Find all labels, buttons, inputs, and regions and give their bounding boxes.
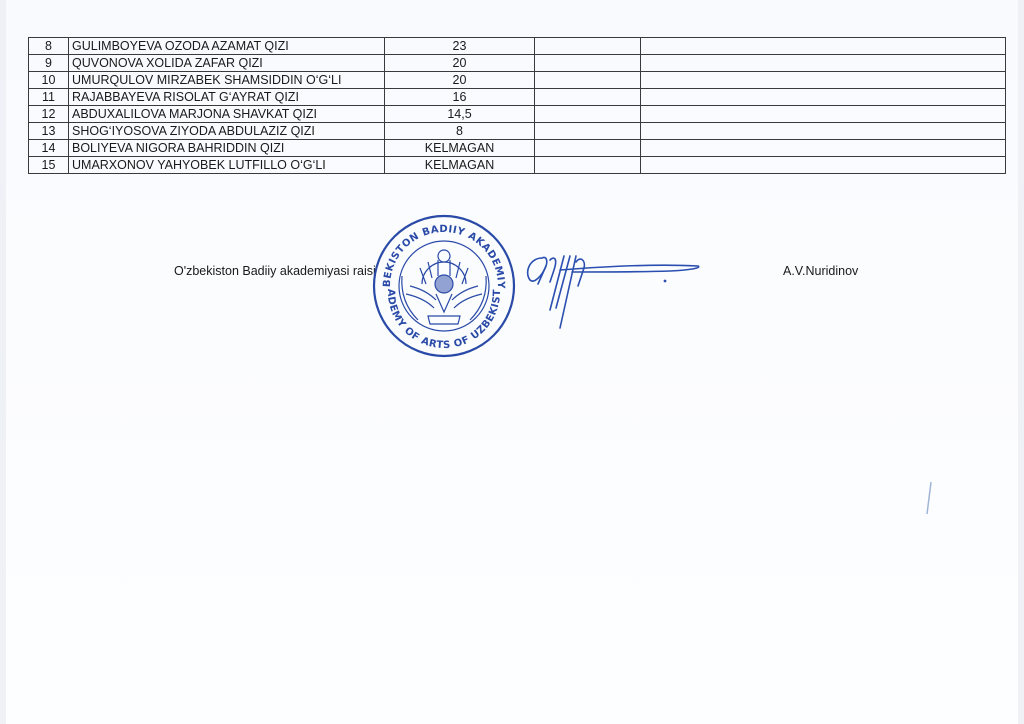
empty-cell <box>535 106 641 123</box>
empty-cell <box>535 38 641 55</box>
table-row: 10UMURQULOV MIRZABEK SHAMSIDDIN O‘G‘LI20 <box>29 72 1006 89</box>
empty-cell <box>535 55 641 72</box>
table-row: 12ABDUXALILOVA MARJONA SHAVKAT QIZI14,5 <box>29 106 1006 123</box>
empty-cell <box>641 123 1006 140</box>
student-name: UMARXONOV YAHYOBEK LUTFILLO O‘G‘LI <box>69 157 385 174</box>
scan-edge-right <box>1018 0 1024 724</box>
empty-cell <box>641 55 1006 72</box>
row-number: 8 <box>29 38 69 55</box>
empty-cell <box>535 140 641 157</box>
student-name: QUVONOVA XOLIDA ZAFAR QIZI <box>69 55 385 72</box>
empty-cell <box>641 106 1006 123</box>
handwritten-signature-icon <box>520 236 710 336</box>
chairman-title: O'zbekiston Badiiy akademiyasi raisi <box>174 264 376 278</box>
empty-cell <box>535 123 641 140</box>
document-page: 8GULIMBOYEVA OZODA AZAMAT QIZI239QUVONOV… <box>0 0 1024 724</box>
score-cell: KELMAGAN <box>385 140 535 157</box>
row-number: 9 <box>29 55 69 72</box>
score-cell: KELMAGAN <box>385 157 535 174</box>
score-cell: 16 <box>385 89 535 106</box>
empty-cell <box>641 89 1006 106</box>
row-number: 15 <box>29 157 69 174</box>
table-row: 8GULIMBOYEVA OZODA AZAMAT QIZI23 <box>29 38 1006 55</box>
score-cell: 20 <box>385 55 535 72</box>
empty-cell <box>535 89 641 106</box>
table-row: 13SHOG‘IYOSOVA ZIYODA ABDULAZIZ QIZI8 <box>29 123 1006 140</box>
empty-cell <box>641 72 1006 89</box>
empty-cell <box>641 157 1006 174</box>
empty-cell <box>641 140 1006 157</box>
row-number: 13 <box>29 123 69 140</box>
student-name: BOLIYEVA NIGORA BAHRIDDIN QIZI <box>69 140 385 157</box>
table-row: 14BOLIYEVA NIGORA BAHRIDDIN QIZIKELMAGAN <box>29 140 1006 157</box>
student-name: SHOG‘IYOSOVA ZIYODA ABDULAZIZ QIZI <box>69 123 385 140</box>
score-cell: 23 <box>385 38 535 55</box>
scan-edge-left <box>0 0 6 724</box>
row-number: 14 <box>29 140 69 157</box>
chairman-name: A.V.Nuridinov <box>783 264 858 278</box>
results-table: 8GULIMBOYEVA OZODA AZAMAT QIZI239QUVONOV… <box>28 37 1006 174</box>
student-name: ABDUXALILOVA MARJONA SHAVKAT QIZI <box>69 106 385 123</box>
table-row: 11RAJABBAYEVA RISOLAT G‘AYRAT QIZI16 <box>29 89 1006 106</box>
scan-artifact-mark <box>924 480 934 516</box>
score-cell: 8 <box>385 123 535 140</box>
score-cell: 20 <box>385 72 535 89</box>
student-name: GULIMBOYEVA OZODA AZAMAT QIZI <box>69 38 385 55</box>
row-number: 11 <box>29 89 69 106</box>
empty-cell <box>535 157 641 174</box>
state-emblem-icon: O‘ZBEKISTON BADIIY AKADEMIYASI ACADEMY O… <box>370 212 518 360</box>
student-name: RAJABBAYEVA RISOLAT G‘AYRAT QIZI <box>69 89 385 106</box>
table-row: 9QUVONOVA XOLIDA ZAFAR QIZI20 <box>29 55 1006 72</box>
empty-cell <box>641 38 1006 55</box>
row-number: 12 <box>29 106 69 123</box>
table-row: 15UMARXONOV YAHYOBEK LUTFILLO O‘G‘LIKELM… <box>29 157 1006 174</box>
student-name: UMURQULOV MIRZABEK SHAMSIDDIN O‘G‘LI <box>69 72 385 89</box>
empty-cell <box>535 72 641 89</box>
row-number: 10 <box>29 72 69 89</box>
score-cell: 14,5 <box>385 106 535 123</box>
